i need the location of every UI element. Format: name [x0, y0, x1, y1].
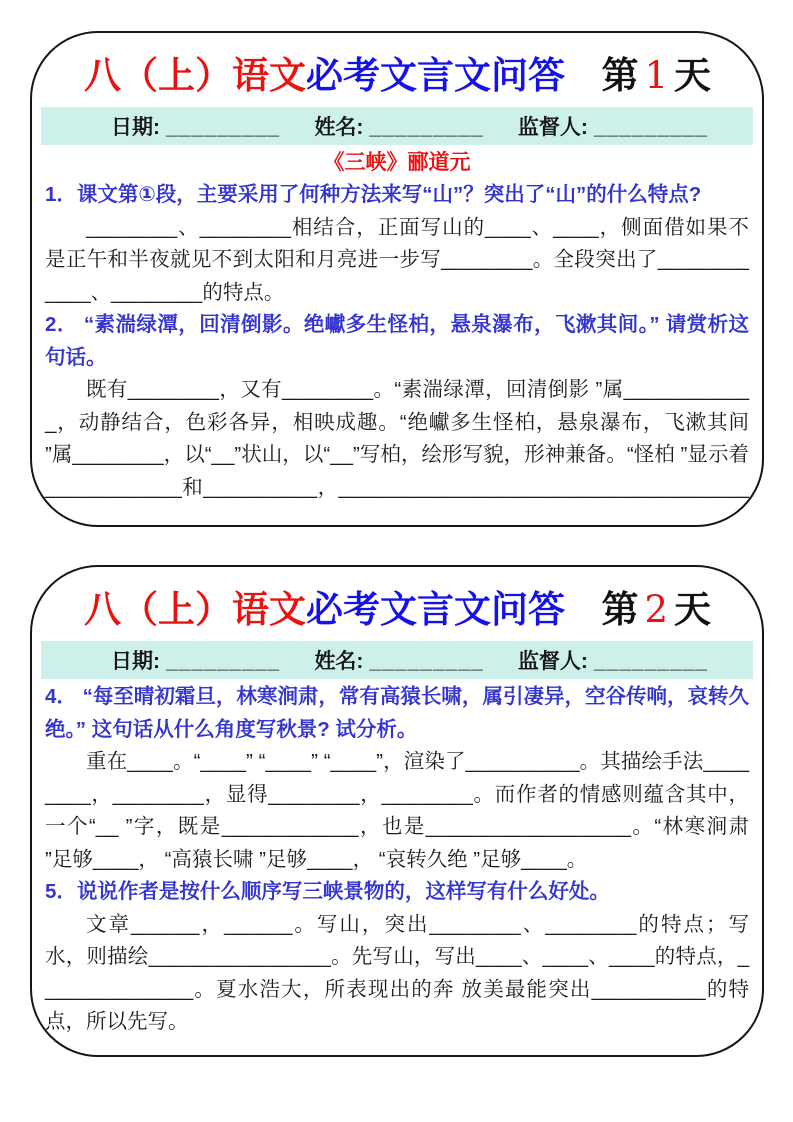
date-blank: _________: [166, 116, 280, 139]
day-suffix: 天: [674, 55, 712, 96]
title-course-label: 八（上）语文: [84, 55, 306, 96]
worksheet-page: 八（上）语文必考文言文问答 第1天 日期:_________ 姓名:______…: [0, 0, 793, 1122]
supervisor-label: 监督人:: [518, 116, 588, 139]
name-blank: _________: [369, 650, 483, 673]
card-content: 4． “每至晴初霜旦，林寒涧肃，常有高猿长啸，属引凄异，空谷传响，哀转久绝。” …: [32, 679, 762, 1039]
name-label: 姓名:: [314, 116, 363, 139]
name-blank: _________: [369, 116, 483, 139]
worksheet-card-day1: 八（上）语文必考文言文问答 第1天 日期:_________ 姓名:______…: [30, 31, 764, 527]
day-number: 1: [644, 54, 669, 97]
question-4: 4． “每至晴初霜旦，林寒涧肃，常有高猿长啸，属引凄异，空谷传响，哀转久绝。” …: [45, 681, 749, 746]
card-content: 1．课文第①段，主要采用了何种方法来写“山”？突出了“山”的什么特点? ____…: [32, 177, 762, 527]
info-bar: 日期:_________ 姓名:_________ 监督人:_________: [41, 107, 753, 145]
title-course-label: 八（上）语文: [84, 589, 306, 630]
day-number: 2: [644, 588, 669, 631]
supervisor-field: 监督人:_________: [518, 645, 708, 675]
info-bar: 日期:_________ 姓名:_________ 监督人:_________: [41, 641, 753, 679]
day-prefix: 第: [601, 589, 639, 630]
answer-4: 重在____。“____” “____” “____”，渲染了_________…: [45, 746, 749, 876]
title-day-label: 第1天: [601, 45, 712, 99]
answer-5: 文章______，______。写山，突出________、________的特…: [45, 909, 749, 1039]
title-main: 八（上）语文必考文言文问答: [84, 45, 565, 99]
day-prefix: 第: [601, 55, 639, 96]
answer-2: 既有________，又有________。“素湍绿潭，回清倒影 ”属_____…: [45, 374, 749, 527]
supervisor-blank: _________: [594, 650, 708, 673]
worksheet-card-day2: 八（上）语文必考文言文问答 第2天 日期:_________ 姓名:______…: [30, 565, 764, 1057]
date-label: 日期:: [111, 116, 160, 139]
name-field: 姓名:_________: [314, 111, 483, 141]
card-title: 八（上）语文必考文言文问答 第2天: [32, 567, 762, 633]
date-label: 日期:: [111, 650, 160, 673]
title-day-label: 第2天: [601, 579, 712, 633]
title-topic-label: 必考文言文问答: [306, 589, 565, 630]
supervisor-label: 监督人:: [518, 650, 588, 673]
card-title: 八（上）语文必考文言文问答 第1天: [32, 33, 762, 99]
name-label: 姓名:: [314, 650, 363, 673]
name-field: 姓名:_________: [314, 645, 483, 675]
question-2: 2． “素湍绿潭，回清倒影。绝巘多生怪柏，悬泉瀑布，飞漱其间。” 请赏析这句话。: [45, 309, 749, 374]
date-blank: _________: [166, 650, 280, 673]
date-field: 日期:_________: [111, 645, 280, 675]
supervisor-blank: _________: [594, 116, 708, 139]
question-5: 5．说说作者是按什么顺序写三峡景物的，这样写有什么好处。: [45, 876, 749, 909]
supervisor-field: 监督人:_________: [518, 111, 708, 141]
title-main: 八（上）语文必考文言文问答: [84, 579, 565, 633]
day-suffix: 天: [674, 589, 712, 630]
answer-1: ________、________相结合，正面写山的____、____，侧面借如…: [45, 212, 749, 310]
question-1: 1．课文第①段，主要采用了何种方法来写“山”？突出了“山”的什么特点?: [45, 179, 749, 212]
title-topic-label: 必考文言文问答: [306, 55, 565, 96]
date-field: 日期:_________: [111, 111, 280, 141]
lesson-subtitle: 《三峡》郦道元: [32, 149, 762, 177]
